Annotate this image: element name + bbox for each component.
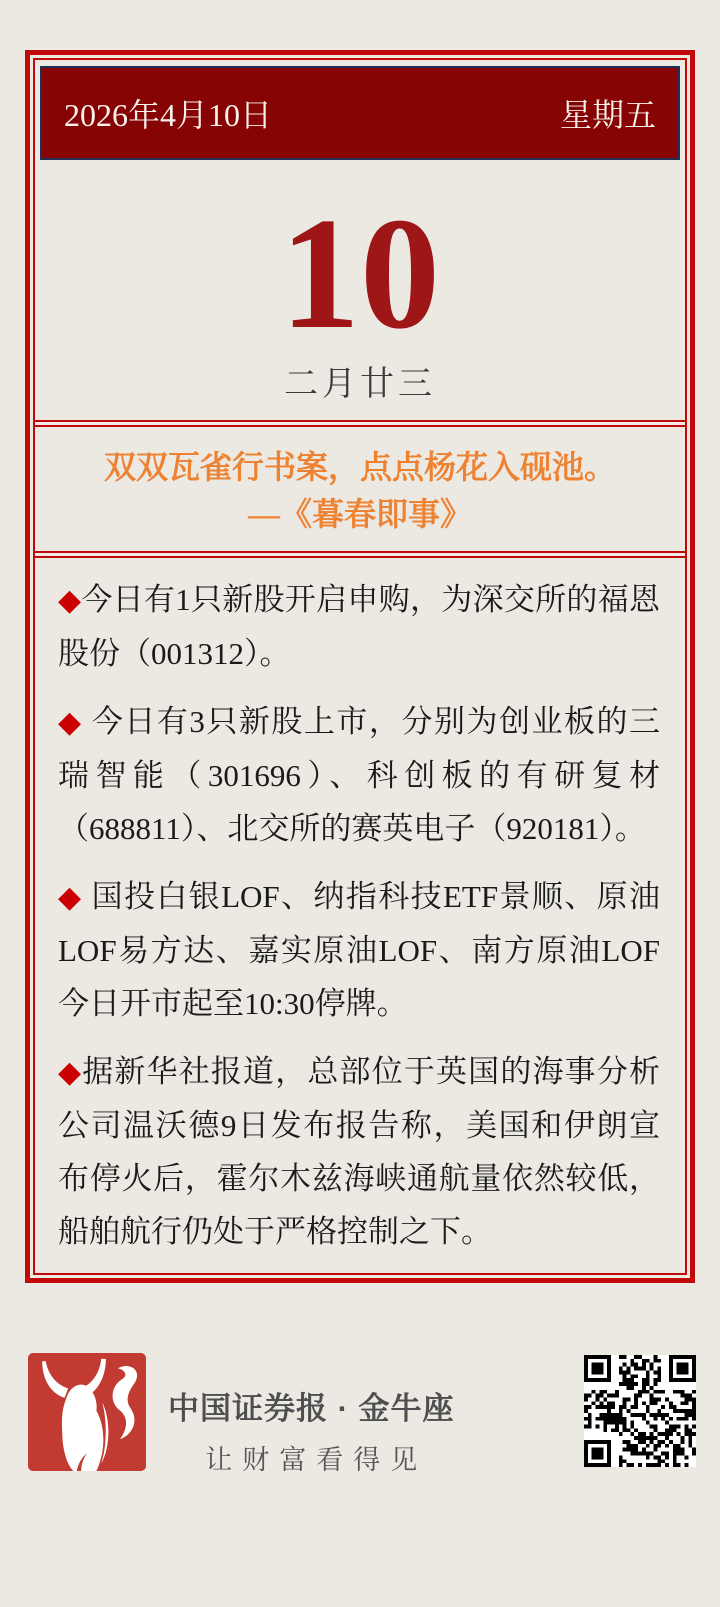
section-divider [35,420,685,427]
section-divider [35,551,685,558]
news-item: ◆今日有1只新股开启申购，为深交所的福恩股份（001312）。 [58,573,660,680]
news-item: ◆据新华社报道，总部位于英国的海事分析公司温沃德9日发布报告称，美国和伊朗宣布停… [58,1045,660,1258]
diamond-bullet-icon: ◆ [58,881,82,914]
footer: 中国证券报 · 金牛座 让财富看得见 [0,1353,720,1478]
diamond-bullet-icon: ◆ [58,1056,82,1089]
news-text: 国投白银LOF、纳指科技ETF景顺、原油LOF易方达、嘉实原油LOF、南方原油L… [58,879,660,1021]
news-text: 据新华社报道，总部位于英国的海事分析公司温沃德9日发布报告称，美国和伊朗宣布停火… [58,1054,660,1249]
day-number: 10 [35,212,685,334]
news-text: 今日有1只新股开启申购，为深交所的福恩股份（001312）。 [58,582,660,671]
news-text: 今日有3只新股上市，分别为创业板的三瑞智能（301696）、科创板的有研复材（6… [58,704,660,846]
brand-title: 中国证券报 · 金牛座 [168,1383,455,1428]
calendar-card: 2026年4月10日 星期五 10 二月廿三 双双瓦雀行书案，点点杨花入砚池。 … [0,0,720,1607]
diamond-bullet-icon: ◆ [58,584,81,617]
news-item: ◆ 今日有3只新股上市，分别为创业板的三瑞智能（301696）、科创板的有研复材… [58,695,660,855]
weekday: 星期五 [560,90,656,136]
date-bar: 2026年4月10日 星期五 [40,66,680,160]
brand-text: 中国证券报 · 金牛座 让财富看得见 [168,1383,455,1477]
diamond-bullet-icon: ◆ [58,706,83,739]
lunar-date: 二月廿三 [35,356,685,405]
poem-source: —《暮春即事》 [35,491,685,538]
outer-frame: 2026年4月10日 星期五 10 二月廿三 双双瓦雀行书案，点点杨花入砚池。 … [25,50,695,1283]
news-item: ◆ 国投白银LOF、纳指科技ETF景顺、原油LOF易方达、嘉实原油LOF、南方原… [58,870,660,1030]
poem-line: 双双瓦雀行书案，点点杨花入砚池。 [35,444,685,491]
qr-code [584,1355,696,1467]
day-number-section: 10 二月廿三 [35,160,685,420]
inner-frame: 2026年4月10日 星期五 10 二月廿三 双双瓦雀行书案，点点杨花入砚池。 … [33,58,687,1275]
bull-icon [28,1353,146,1471]
brand-slogan: 让财富看得见 [168,1438,455,1477]
poem-quote-section: 双双瓦雀行书案，点点杨花入砚池。 —《暮春即事》 [35,427,685,551]
brand-logo [28,1353,146,1471]
news-list: ◆今日有1只新股开启申购，为深交所的福恩股份（001312）。 ◆ 今日有3只新… [35,558,685,1273]
gregorian-date: 2026年4月10日 [64,90,272,136]
